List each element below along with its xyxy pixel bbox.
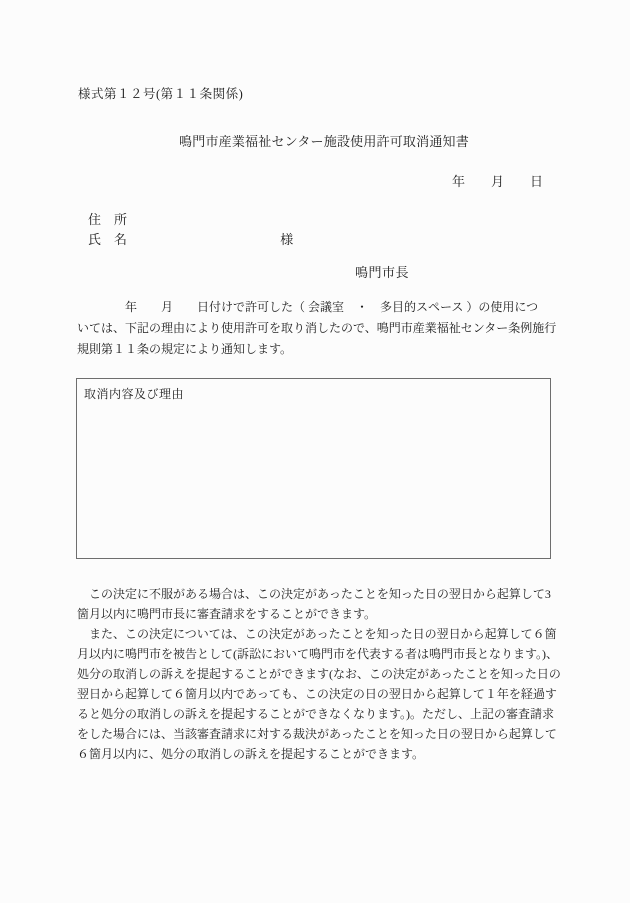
notice-line: ると処分の取消しの訴えを提起することができなくなります。)。ただし、上記の審査請… bbox=[77, 704, 561, 724]
body-line: 規則第１１条の規定により通知します。 bbox=[77, 339, 556, 360]
notice-line: ６箇月以内に、処分の取消しの訴えを提起することができます。 bbox=[77, 744, 561, 764]
sender-mayor: 鳴門市長 bbox=[355, 262, 409, 281]
notice-line: 処分の取消しの訴えを提起することができます(なお、この決定があったことを知った日… bbox=[77, 664, 561, 684]
body-line: 年 月 日付けで許可した（ 会議室 ・ 多目的スペース ）の使用につ bbox=[77, 297, 556, 318]
cancellation-reason-box: 取消内容及び理由 bbox=[76, 378, 551, 559]
document-page: 様式第１２号(第１１条関係) 鳴門市産業福祉センター施設使用許可取消通知書 年 … bbox=[0, 0, 630, 903]
notice-line: 箇月以内に鳴門市長に審査請求をすることができます。 bbox=[77, 604, 561, 624]
name-label: 氏 名 bbox=[88, 232, 127, 247]
notice-line: 翌日から起算して６箇月以内であっても、この決定の日の翌日から起算して１年を経過す bbox=[77, 684, 561, 704]
document-title: 鳴門市産業福祉センター施設使用許可取消通知書 bbox=[18, 131, 630, 150]
reason-box-label: 取消内容及び理由 bbox=[77, 379, 550, 402]
address-label: 住 所 bbox=[88, 209, 127, 228]
appeal-notice-paragraph: この決定に不服がある場合は、この決定があったことを知った日の翌日から起算して3 … bbox=[77, 584, 561, 764]
notice-line: 月以内に鳴門市を被告として(訴訟において鳴門市を代表する者は鳴門市長となります。… bbox=[77, 644, 561, 664]
body-line: いては、下記の理由により使用許可を取り消したので、鳴門市産業福祉センター条例施行 bbox=[77, 318, 556, 339]
notice-line: をした場合には、当該審査請求に対する裁決があったことを知った日の翌日から起算して bbox=[77, 724, 561, 744]
name-line: 氏 名 様 bbox=[88, 229, 293, 248]
date-blank-line: 年 月 日 bbox=[452, 171, 543, 190]
notice-line: この決定に不服がある場合は、この決定があったことを知った日の翌日から起算して3 bbox=[77, 584, 561, 604]
form-number: 様式第１２号(第１１条関係) bbox=[78, 84, 243, 102]
notice-line: また、この決定については、この決定があったことを知った日の翌日から起算して６箇 bbox=[77, 624, 561, 644]
honorific-sama: 様 bbox=[280, 229, 293, 248]
body-paragraph: 年 月 日付けで許可した（ 会議室 ・ 多目的スペース ）の使用につ いては、下… bbox=[77, 297, 556, 360]
